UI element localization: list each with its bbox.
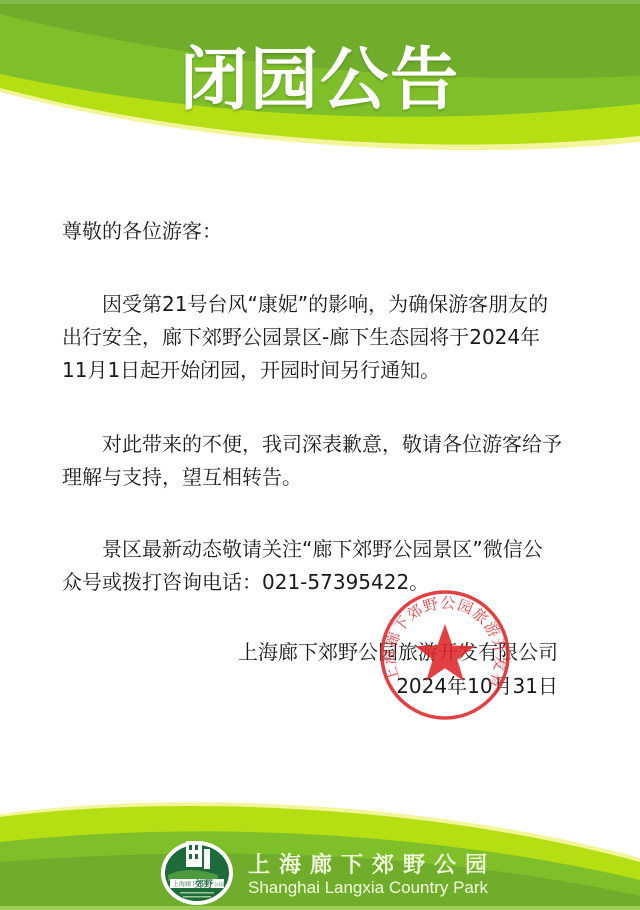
- star-icon: [415, 624, 475, 681]
- paragraph-apology: 对此带来的不便，我司深表歉意，敬请各位游客给予理解与支持，望互相转告。: [62, 428, 562, 494]
- paragraph-closure: 因受第21号台风“康妮”的影响，为确保游客朋友的出行安全，廊下郊野公园景区-廊下…: [62, 288, 562, 387]
- page-title: 闭园公告: [0, 26, 640, 123]
- header-banner: 闭园公告: [0, 0, 640, 165]
- brand-name-english: Shanghai Langxia Country Park: [248, 878, 496, 898]
- park-logo: 上海廊下 郊野 公园: [158, 835, 236, 907]
- logo-label-right: 公园: [214, 881, 224, 888]
- paragraph-text: 因受第21号台风“康妮”的影响，为确保游客朋友的出行安全，廊下郊野公园景区-廊下…: [62, 288, 562, 387]
- greeting-text: 尊敬的各位游客：: [62, 215, 562, 248]
- brand-name: 上海廊下郊野公园 Shanghai Langxia Country Park: [248, 854, 496, 898]
- paragraph-text: 对此带来的不便，我司深表歉意，敬请各位游客给予理解与支持，望互相转告。: [62, 428, 562, 494]
- official-seal: 上海廊下郊野公园旅游开发有限公司: [378, 588, 512, 722]
- logo-label-left: 上海廊下: [173, 880, 197, 888]
- brand-name-chinese: 上海廊下郊野公园: [248, 854, 496, 878]
- greeting: 尊敬的各位游客：: [62, 215, 562, 248]
- logo-label-script: 郊野: [195, 878, 214, 890]
